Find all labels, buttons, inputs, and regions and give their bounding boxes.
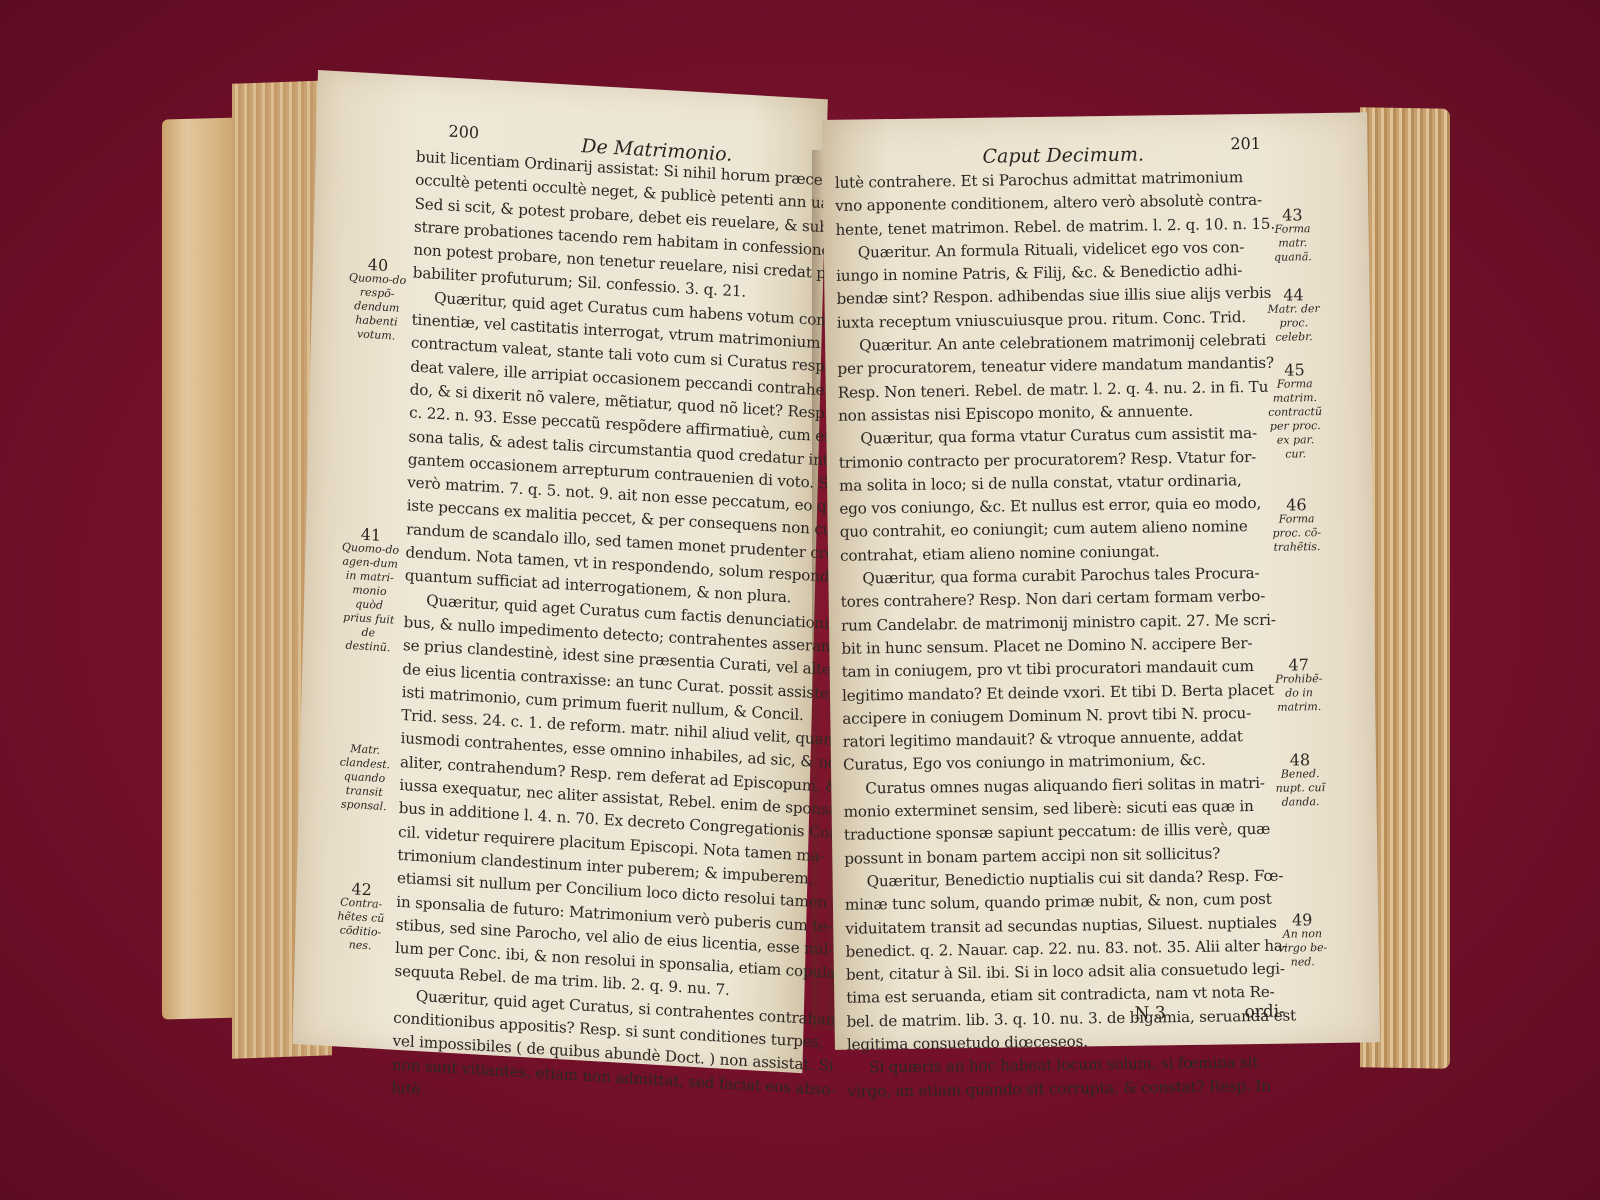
margin-note-text: Bened. nupt. cuĩ danda.: [1276, 767, 1326, 809]
left-page: 200 De Matrimonio. buit licentiam Ordina…: [292, 70, 827, 1073]
margin-note-text: Forma proc. cõ-trahẽtis.: [1272, 512, 1321, 554]
margin-note-text: Forma matrim. contractũ per proc. ex par…: [1268, 377, 1322, 460]
right-body-text: lutè contrahere. Et si Parochus admittat…: [835, 166, 1297, 1104]
margin-note-number: 45: [1265, 363, 1323, 378]
right-running-title: Caput Decimum.: [982, 144, 1144, 168]
margin-note: Matr. clandest. quando transit sponsal.: [335, 741, 395, 814]
left-margin-notes: 40Quomo-do respõ-dendum habenti votum.41…: [318, 70, 828, 99]
margin-note: 46Forma proc. cõ-trahẽtis.: [1267, 498, 1326, 555]
right-margin-notes: 43Forma matr. quanã.44Matr. der proc. ce…: [822, 112, 1367, 120]
right-page: Caput Decimum. 201 lutè contrahere. Et s…: [822, 112, 1380, 1050]
margin-note: 44Matr. der proc. celebr.: [1264, 288, 1323, 345]
margin-note: 48Bened. nupt. cuĩ danda.: [1271, 753, 1330, 810]
margin-note: 45Forma matrim. contractũ per proc. ex p…: [1265, 363, 1324, 462]
margin-note-number: 44: [1264, 288, 1322, 303]
signature-mark: N 3: [1134, 1003, 1165, 1023]
margin-note-number: 49: [1273, 913, 1331, 928]
margin-note-number: 43: [1263, 208, 1321, 223]
margin-note-number: 47: [1270, 658, 1328, 673]
margin-note-text: Quomo-do respõ-dendum habenti votum.: [349, 271, 406, 343]
margin-note: 49An non virgo be-ned.: [1273, 913, 1332, 970]
margin-note-text: An non virgo be-ned.: [1278, 927, 1328, 968]
open-book: 200 De Matrimonio. buit licentiam Ordina…: [0, 0, 1600, 1200]
margin-note-number: 46: [1267, 498, 1325, 513]
running-title: Caput Decimum.: [982, 144, 1144, 168]
margin-note-text: Matr. der proc. celebr.: [1268, 302, 1320, 344]
margin-note-text: Quomo-do agen-dum in matri-monio quòd pr…: [342, 541, 399, 655]
right-page-number: 201: [1230, 134, 1261, 154]
catchword: ordi-: [1244, 1002, 1285, 1023]
margin-note-text: Matr. clandest. quando transit sponsal.: [340, 742, 391, 813]
margin-note-number: 48: [1271, 753, 1329, 768]
margin-note: 47Prohibẽ-do in matrim.: [1270, 658, 1329, 715]
margin-note-text: Forma matr. quanã.: [1274, 222, 1312, 264]
margin-note: 42Contra-hẽtes cũ cõditio-nes.: [331, 881, 391, 954]
margin-note: 41Quomo-do agen-dum in matri-monio quòd …: [339, 527, 400, 656]
margin-note-text: Contra-hẽtes cũ cõditio-nes.: [337, 896, 384, 953]
left-body-text: buit licentiam Ordinarij assistat: Si ni…: [391, 146, 881, 1127]
page-number: 201: [1230, 134, 1261, 153]
margin-note-text: Prohibẽ-do in matrim.: [1275, 672, 1322, 714]
margin-note: 43Forma matr. quanã.: [1263, 208, 1322, 265]
left-page-number: 200: [448, 122, 479, 144]
page-number: 200: [448, 122, 479, 143]
margin-note: 40Quomo-do respõ-dendum habenti votum.: [347, 257, 407, 344]
